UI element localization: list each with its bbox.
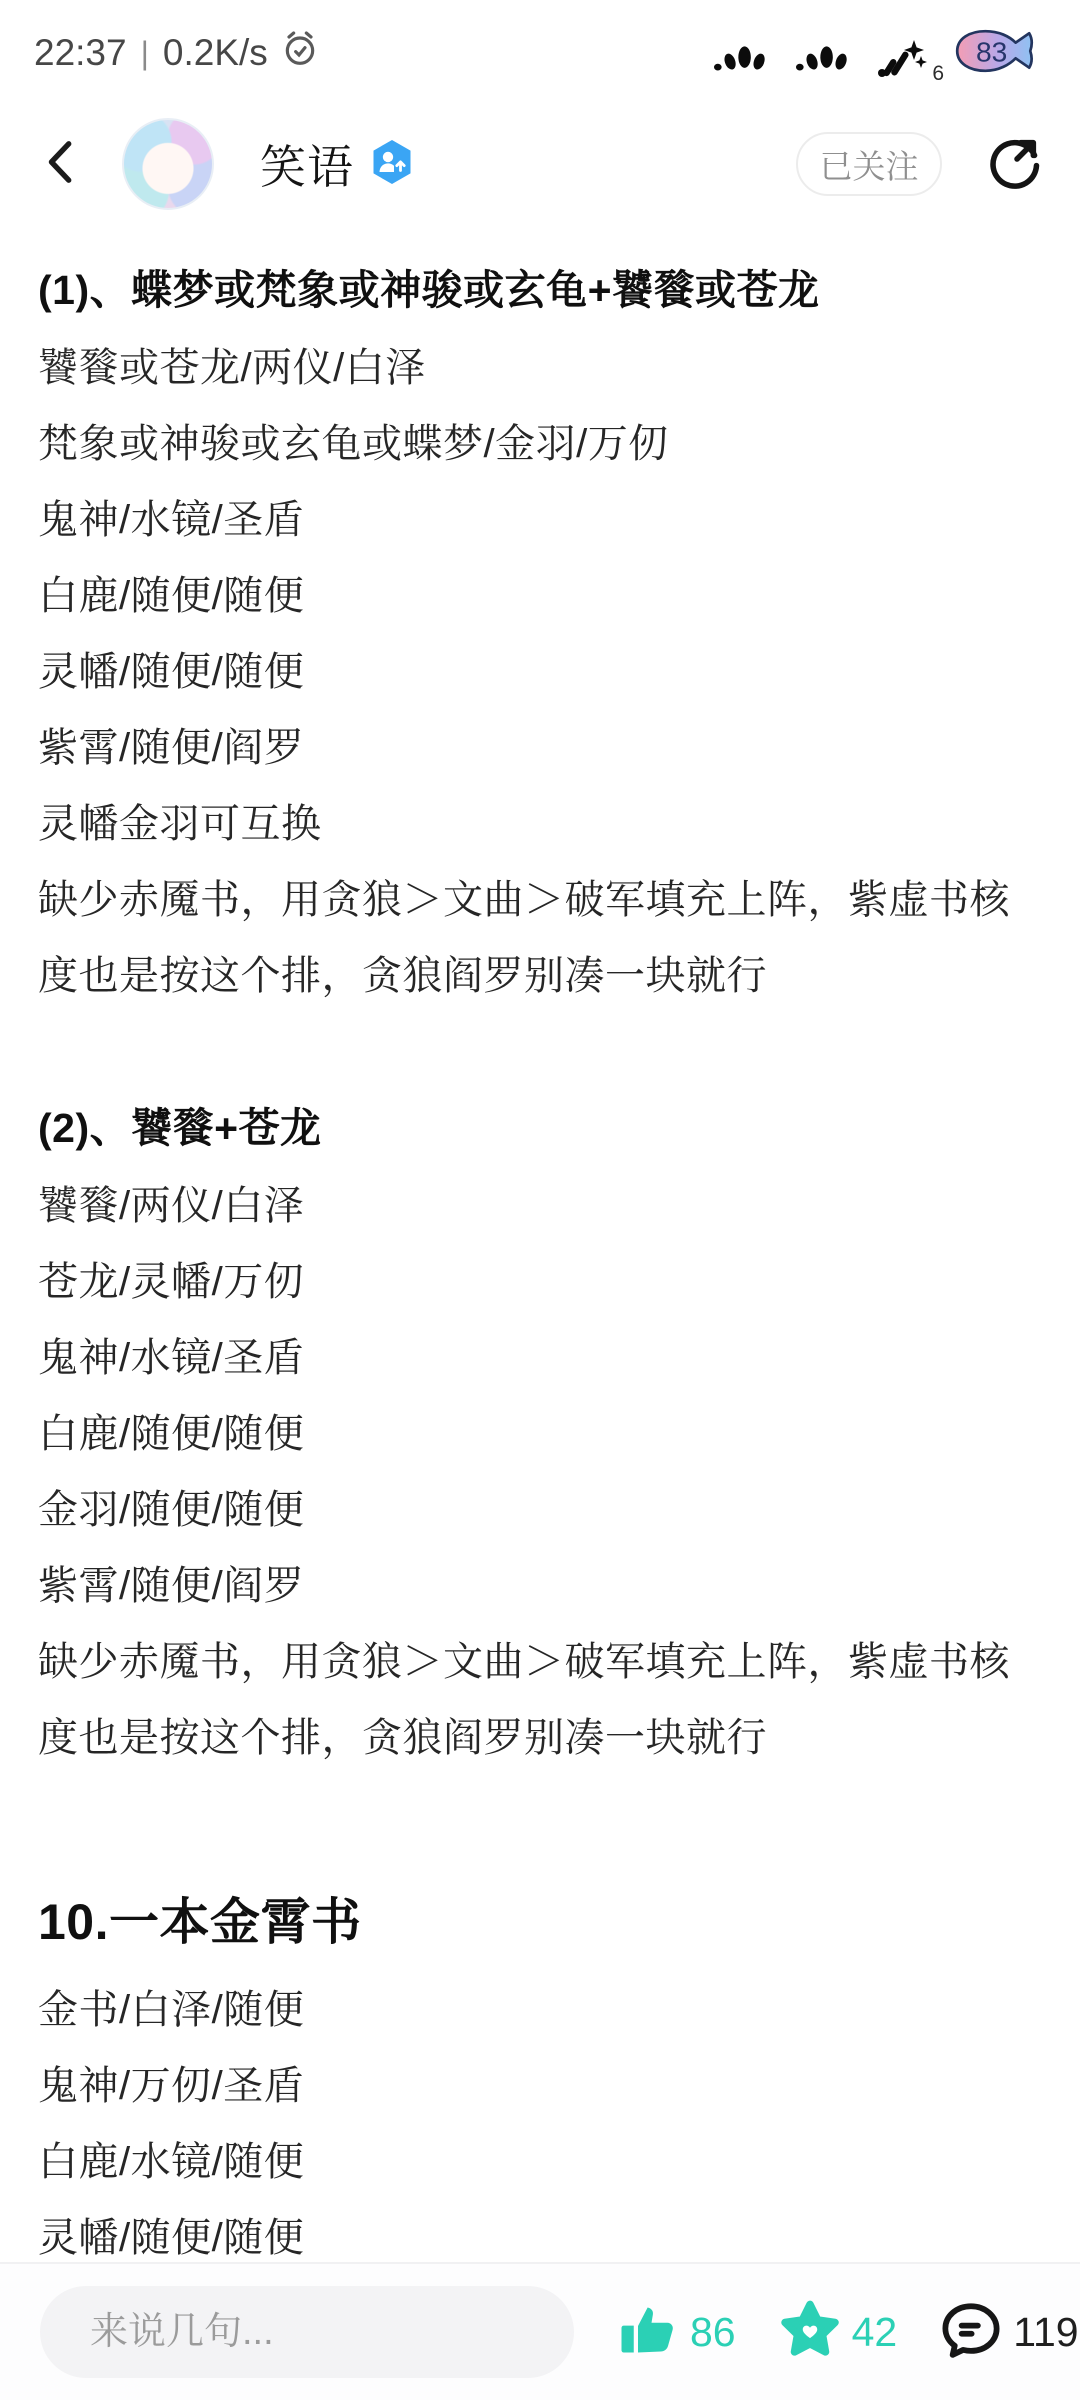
article-body: (1)、蝶梦或梵象或神骏或玄龟+饕餮或苍龙 饕餮或苍龙/两仪/白泽 梵象或神骏或… — [38, 250, 1020, 2276]
article-line: 金羽/随便/随便 — [38, 1472, 1020, 1548]
article-line: 紫霄/随便/阎罗 — [38, 710, 1020, 786]
article-section-3: 10.一本金霄书 金书/白泽/随便 鬼神/万仞/圣盾 白鹿/水镜/随便 灵幡/随… — [38, 1872, 1020, 2276]
favorite-button[interactable]: 42 — [780, 2300, 898, 2365]
section-heading: (1)、蝶梦或梵象或神骏或玄龟+饕餮或苍龙 — [38, 250, 1020, 330]
follow-button[interactable]: 已关注 — [796, 132, 942, 196]
favorite-count: 42 — [852, 2309, 898, 2356]
article-line: 灵幡/随便/随便 — [38, 634, 1020, 710]
article-line: 苍龙/灵幡/万仞 — [38, 1244, 1020, 1320]
article-line: 鬼神/万仞/圣盾 — [38, 2048, 1020, 2124]
status-right: 6 83 — [710, 27, 1046, 80]
article-line: 梵象或神骏或玄龟或蝶梦/金羽/万仞 — [38, 406, 1020, 482]
author-profile[interactable]: 笑语 — [122, 118, 416, 210]
comment-button[interactable]: 119 — [941, 2300, 1078, 2365]
section-heading: 10.一本金霄书 — [38, 1872, 1020, 1972]
wifi6-icon: 6 — [874, 40, 930, 80]
article-line: 饕餮或苍龙/两仪/白泽 — [38, 330, 1020, 406]
share-icon — [985, 133, 1043, 196]
article-section-1: (1)、蝶梦或梵象或神骏或玄龟+饕餮或苍龙 饕餮或苍龙/两仪/白泽 梵象或神骏或… — [38, 250, 1020, 1014]
battery-level: 83 — [976, 35, 1007, 67]
comment-count: 119 — [1013, 2309, 1078, 2356]
status-left: 22:37 | 0.2K/s — [34, 29, 320, 78]
sim2-signal-icon — [792, 37, 850, 80]
engagement-bar: 86 42 119 — [574, 2300, 1079, 2365]
article-line: 鬼神/水镜/圣盾 — [38, 1320, 1020, 1396]
status-bar: 22:37 | 0.2K/s — [0, 26, 1080, 80]
thumbs-up-icon — [618, 2300, 678, 2365]
article-line: 白鹿/随便/随便 — [38, 558, 1020, 634]
status-time: 22:37 — [34, 32, 127, 74]
article-line: 缺少赤魇书，用贪狼＞文曲＞破军填充上阵，紫虚书核度也是按这个排，贪狼阎罗别凑一块… — [38, 862, 1020, 1014]
like-count: 86 — [690, 2309, 736, 2356]
back-button[interactable] — [36, 134, 88, 194]
username: 笑语 — [260, 131, 354, 197]
header: 笑语 已关注 — [0, 116, 1080, 212]
fish-battery-icon: 83 — [954, 27, 1046, 80]
article-line: 鬼神/水镜/圣盾 — [38, 482, 1020, 558]
share-button[interactable] — [984, 134, 1044, 194]
comment-input[interactable] — [40, 2286, 574, 2378]
article-line: 白鹿/随便/随便 — [38, 1396, 1020, 1472]
user-badge-icon — [354, 138, 416, 191]
article-line: 灵幡金羽可互换 — [38, 786, 1020, 862]
article-line: 缺少赤魇书，用贪狼＞文曲＞破军填充上阵，紫虚书核度也是按这个排，贪狼阎罗别凑一块… — [38, 1624, 1020, 1776]
follow-button-label: 已关注 — [820, 141, 919, 188]
sim1-signal-icon — [710, 37, 768, 80]
bottom-bar: 86 42 119 — [0, 2262, 1080, 2400]
alarm-clock-icon — [280, 29, 320, 78]
article-line: 饕餮/两仪/白泽 — [38, 1168, 1020, 1244]
status-separator: | — [141, 35, 149, 72]
back-icon — [39, 134, 85, 195]
article-section-2: (2)、饕餮+苍龙 饕餮/两仪/白泽 苍龙/灵幡/万仞 鬼神/水镜/圣盾 白鹿/… — [38, 1088, 1020, 1776]
article-line: 金书/白泽/随便 — [38, 1972, 1020, 2048]
avatar — [122, 118, 214, 210]
article-line: 白鹿/水镜/随便 — [38, 2124, 1020, 2200]
comment-bubble-icon — [941, 2300, 1001, 2365]
network-speed: 0.2K/s — [163, 32, 268, 74]
wifi-generation: 6 — [932, 62, 944, 86]
section-heading: (2)、饕餮+苍龙 — [38, 1088, 1020, 1168]
star-icon — [780, 2300, 840, 2365]
article-line: 紫霄/随便/阎罗 — [38, 1548, 1020, 1624]
like-button[interactable]: 86 — [618, 2300, 736, 2365]
